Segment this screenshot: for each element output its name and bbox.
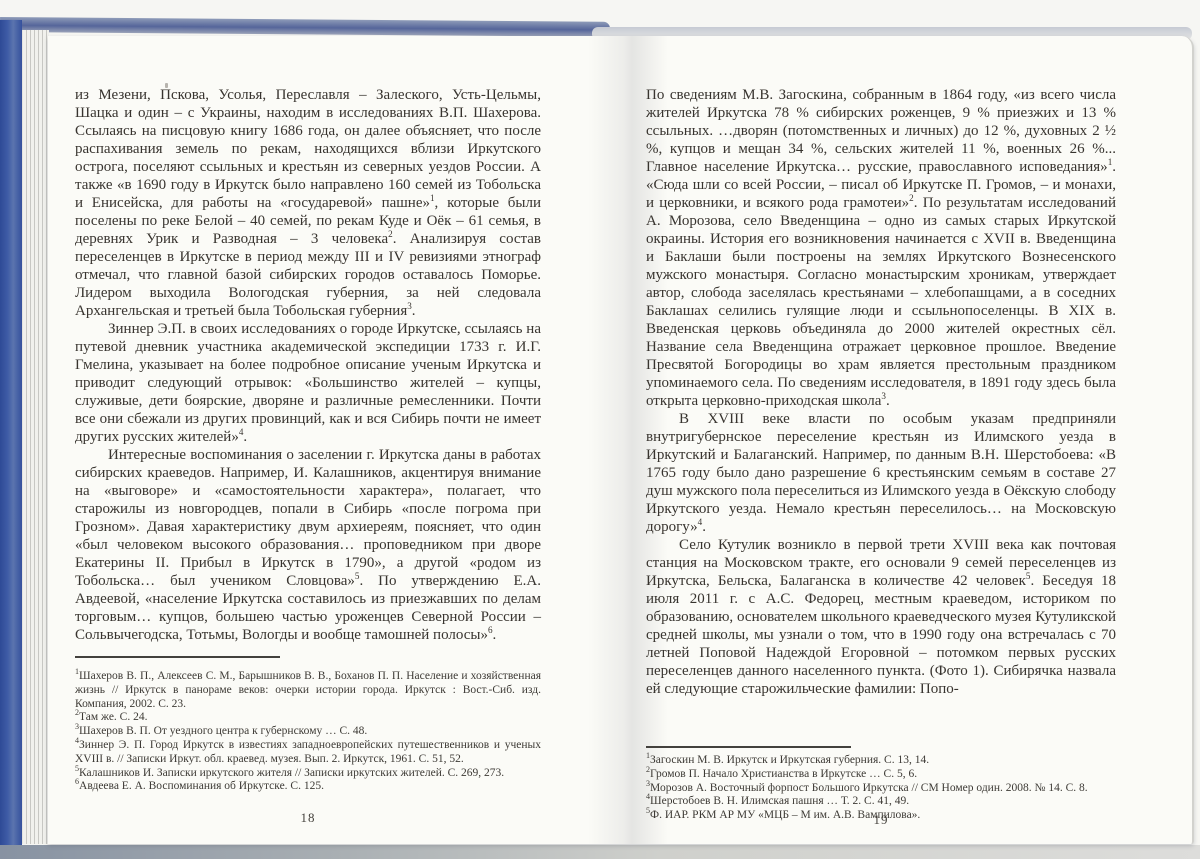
footnote: 3Шахеров В. П. От уездного центра к губе… <box>75 725 541 739</box>
footnote: 2Там же. С. 24. <box>75 711 541 725</box>
footnote: 4Шерстобоев В. Н. Илимская пашня … Т. 2.… <box>646 795 1116 809</box>
footnote-text: Загоскин М. В. Иркутск и Иркутская губер… <box>650 754 929 766</box>
footnote-text: Шахеров В. П. От уездного центра к губер… <box>79 725 367 737</box>
footnote: 2Громов П. Начало Христианства в Иркутск… <box>646 768 1116 782</box>
scanned-book-spread: из Мезени, Пскова, Усолья, Переславля – … <box>0 0 1200 859</box>
footnote-text: Шерстобоев В. Н. Илимская пашня … Т. 2. … <box>650 795 909 807</box>
footnote-text: Авдеева Е. А. Воспоминания об Иркутске. … <box>79 780 324 792</box>
right-page: По сведениям М.В. Загоскина, собранным в… <box>646 86 1116 846</box>
left-page-footnotes: 1Шахеров В. П., Алексеев С. М., Барышник… <box>75 670 541 794</box>
book-bottom-edge-shadow <box>0 845 1200 859</box>
footnote-text: Морозов А. Восточный форпост Большого Ир… <box>650 782 1088 794</box>
right-page-body-text: По сведениям М.В. Загоскина, собранным в… <box>646 86 1116 698</box>
footnote: 5Калашников И. Записки иркутского жителя… <box>75 767 541 781</box>
paragraph: Интересные воспоминания о заселении г. И… <box>75 446 541 644</box>
paragraph: В XVIII веке власти по особым указам пре… <box>646 410 1116 536</box>
footnote-text: Громов П. Начало Христианства в Иркутске… <box>650 768 917 780</box>
paragraph: Зиннер Э.П. в своих исследованиях о горо… <box>75 320 541 446</box>
footnote-text: Калашников И. Записки иркутского жителя … <box>79 767 504 779</box>
paragraph: Село Кутулик возникло в первой трети XVI… <box>646 536 1116 698</box>
footnote: 1Шахеров В. П., Алексеев С. М., Барышник… <box>75 670 541 711</box>
footnote-separator <box>646 746 851 748</box>
footnote-separator <box>75 656 280 658</box>
page-number: 18 <box>75 810 541 826</box>
left-page: из Мезени, Пскова, Усолья, Переславля – … <box>75 86 541 846</box>
page-number: 19 <box>646 812 1116 828</box>
footnote: 1Загоскин М. В. Иркутск и Иркутская губе… <box>646 754 1116 768</box>
book-top-edge-dark <box>0 17 610 37</box>
paragraph: По сведениям М.В. Загоскина, собранным в… <box>646 86 1116 410</box>
paragraph: из Мезени, Пскова, Усолья, Переславля – … <box>75 86 541 320</box>
open-pages-sheet: из Мезени, Пскова, Усолья, Переславля – … <box>48 36 1194 844</box>
page-edges-stack <box>22 30 49 844</box>
footnote-text: Зиннер Э. П. Город Иркутск в известиях з… <box>75 739 541 765</box>
footnote: 4Зиннер Э. П. Город Иркутск в известиях … <box>75 739 541 767</box>
footnote: 6Авдеева Е. А. Воспоминания об Иркутске.… <box>75 780 541 794</box>
left-page-body-text: из Мезени, Пскова, Усолья, Переславля – … <box>75 86 541 644</box>
footnote: 3Морозов А. Восточный форпост Большого И… <box>646 782 1116 796</box>
book-cover-spine <box>0 20 22 853</box>
footnote-text: Шахеров В. П., Алексеев С. М., Барышнико… <box>75 670 541 710</box>
footnote-text: Там же. С. 24. <box>79 711 147 723</box>
